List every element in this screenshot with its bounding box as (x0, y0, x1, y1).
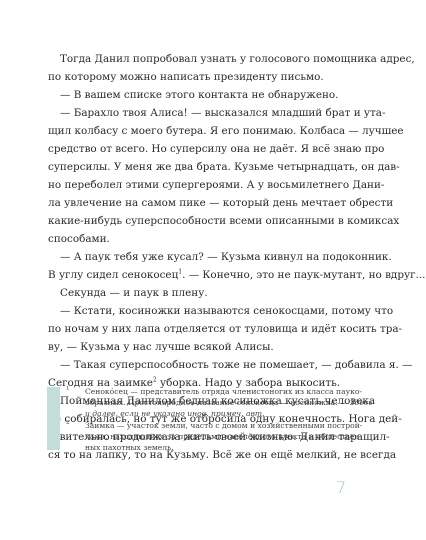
text-line: ву, — Кузьма у нас лучше всякой Алисы. (48, 338, 360, 356)
text-line: способами. (48, 230, 360, 248)
footnote-2: 2Заимка — участок земли, часто с домом и… (66, 420, 362, 454)
footnote-line: Сенокóсец — представитель отряда членист… (85, 386, 362, 397)
text-line: какие-нибудь суперспособности всеми опис… (48, 212, 360, 230)
footnote-reference[interactable]: 1 (178, 269, 182, 276)
text-line: Тогда Данил попробовал узнать у голосово… (48, 50, 360, 68)
text-line: средство от всего. Но суперсилу она не д… (48, 140, 360, 158)
text-line: В углу сидел сенокосец1. — Конечно, это … (48, 266, 360, 284)
text-line: по которому можно написать президенту пи… (48, 68, 360, 86)
text-line: — Кстати, косиножки называются сенокосца… (48, 302, 360, 320)
text-line: — В вашем списке этого контакта не обнар… (48, 86, 360, 104)
footnote-line: образных. Простонародное название сеноко… (85, 397, 362, 408)
text-line: — Такая суперспособность тоже не помешае… (48, 356, 360, 374)
text-line: Секунда — и паук в плену. (48, 284, 360, 302)
footnote-line: ками, находящийся за пределами населённо… (85, 431, 362, 442)
footnote-1: 1Сенокóсец — представитель отряда членис… (66, 386, 362, 420)
footnote-line: Заимка — участок земли, часто с домом и … (85, 420, 362, 431)
footnote-reference[interactable]: 2 (153, 377, 157, 384)
footnote-number: 1 (66, 384, 70, 395)
text-line: — А паук тебя уже кусал? — Кузьма кивнул… (48, 248, 360, 266)
page-number: 7 (336, 478, 346, 497)
text-line: — Барахло твоя Алиса! — высказался младш… (48, 104, 360, 122)
footnote-line: и далее, если не указано иное, примеч. а… (85, 408, 362, 419)
footnote-number: 2 (66, 418, 70, 429)
text-line: но переболел этими супергероями. А у вос… (48, 176, 360, 194)
footnote-accent-bar (47, 387, 60, 450)
text-line: щил колбасу с моего бутера. Я его понима… (48, 122, 360, 140)
text-line: ла увлечение на самом пике — который ден… (48, 194, 360, 212)
text-line: суперсилы. У меня же два брата. Кузьме ч… (48, 158, 360, 176)
footnotes: 1Сенокóсец — представитель отряда членис… (66, 386, 362, 453)
footnote-line: ных пахотных земель. (85, 442, 362, 453)
text-line: по ночам у них лапа отделяется от тулови… (48, 320, 360, 338)
